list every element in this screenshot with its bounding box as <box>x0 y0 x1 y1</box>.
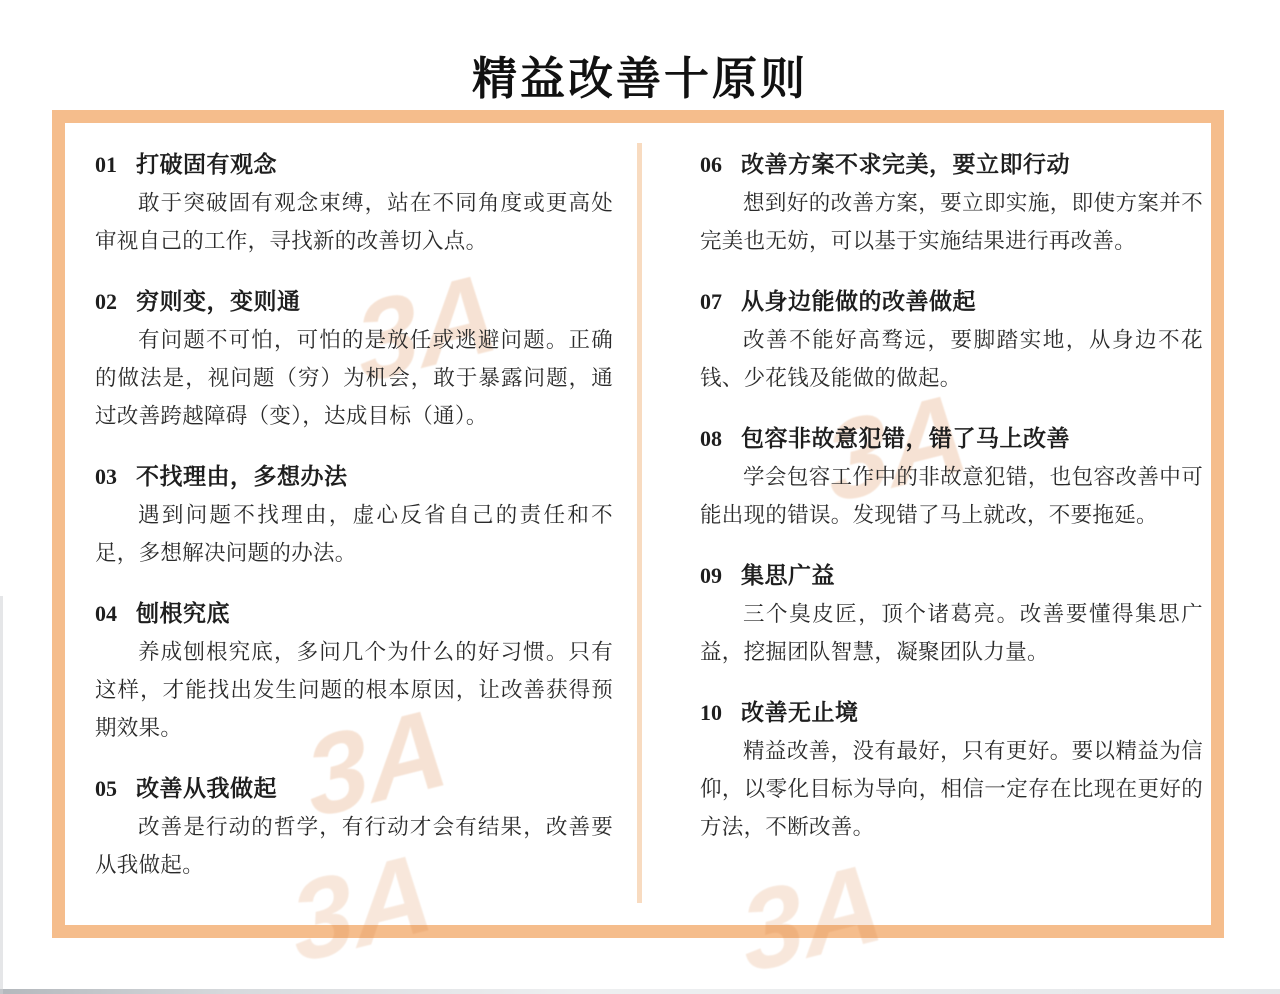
principle-number: 08 <box>700 420 722 458</box>
principle-05: 05 改善从我做起 改善是行动的哲学，有行动才会有结果，改善要从我做起。 <box>95 769 613 884</box>
principle-number: 03 <box>95 458 117 496</box>
principle-number: 09 <box>700 557 722 595</box>
principle-heading: 03 不找理由，多想办法 <box>95 457 613 496</box>
principle-07: 07 从身边能做的改善做起 改善不能好高骛远，要脚踏实地，从身边不花钱、少花钱及… <box>700 282 1203 397</box>
principle-title: 从身边能做的改善做起 <box>741 282 976 320</box>
content-frame: 3A 3A 3A 3A 3A 01 打破固有观念 敢于突破固有观念束缚，站在不同… <box>52 110 1224 938</box>
principle-number: 05 <box>95 770 117 808</box>
principle-title: 改善无止境 <box>741 693 859 731</box>
principle-body: 有问题不可怕，可怕的是放任或逃避问题。正确的做法是，视问题（穷）为机会，敢于暴露… <box>95 321 613 435</box>
principle-title: 不找理由，多想办法 <box>136 457 348 495</box>
principle-02: 02 穷则变，变则通 有问题不可怕，可怕的是放任或逃避问题。正确的做法是，视问题… <box>95 282 613 435</box>
principle-01: 01 打破固有观念 敢于突破固有观念束缚，站在不同角度或更高处审视自己的工作，寻… <box>95 145 613 260</box>
principle-title: 穷则变，变则通 <box>136 282 301 320</box>
principle-body: 养成刨根究底，多问几个为什么的好习惯。只有这样，才能找出发生问题的根本原因，让改… <box>95 633 613 747</box>
principle-number: 07 <box>700 283 722 321</box>
principle-09: 09 集思广益 三个臭皮匠，顶个诸葛亮。改善要懂得集思广益，挖掘团队智慧，凝聚团… <box>700 556 1203 671</box>
principle-title: 包容非故意犯错，错了马上改善 <box>741 419 1070 457</box>
photo-edge-shadow <box>0 989 1280 994</box>
principle-body: 三个臭皮匠，顶个诸葛亮。改善要懂得集思广益，挖掘团队智慧，凝聚团队力量。 <box>700 595 1203 671</box>
principle-title: 集思广益 <box>741 556 835 594</box>
principle-title: 改善方案不求完美，要立即行动 <box>741 145 1070 183</box>
left-column: 01 打破固有观念 敢于突破固有观念束缚，站在不同角度或更高处审视自己的工作，寻… <box>65 123 637 925</box>
principle-heading: 04 刨根究底 <box>95 594 613 633</box>
principle-body: 改善是行动的哲学，有行动才会有结果，改善要从我做起。 <box>95 808 613 884</box>
two-column-layout: 01 打破固有观念 敢于突破固有观念束缚，站在不同角度或更高处审视自己的工作，寻… <box>65 123 1211 925</box>
principle-body: 敢于突破固有观念束缚，站在不同角度或更高处审视自己的工作，寻找新的改善切入点。 <box>95 184 613 260</box>
principle-number: 10 <box>700 694 722 732</box>
right-column: 06 改善方案不求完美，要立即行动 想到好的改善方案，要立即实施，即使方案并不完… <box>642 123 1211 925</box>
principle-06: 06 改善方案不求完美，要立即行动 想到好的改善方案，要立即实施，即使方案并不完… <box>700 145 1203 260</box>
principle-body: 精益改善，没有最好，只有更好。要以精益为信仰，以零化目标为导向，相信一定存在比现… <box>700 732 1203 846</box>
principle-body: 想到好的改善方案，要立即实施，即使方案并不完美也无妨，可以基于实施结果进行再改善… <box>700 184 1203 260</box>
principle-number: 04 <box>95 595 117 633</box>
principle-title: 刨根究底 <box>136 594 230 632</box>
principle-body: 改善不能好高骛远，要脚踏实地，从身边不花钱、少花钱及能做的做起。 <box>700 321 1203 397</box>
principle-number: 06 <box>700 146 722 184</box>
photo-edge-shadow-left <box>0 596 3 994</box>
document-page: 精益改善十原则 3A 3A 3A 3A 3A 01 打破固有观念 敢于突破固有观… <box>0 0 1280 994</box>
principle-body: 遇到问题不找理由，虚心反省自己的责任和不足，多想解决问题的办法。 <box>95 496 613 572</box>
principle-heading: 02 穷则变，变则通 <box>95 282 613 321</box>
principle-heading: 08 包容非故意犯错，错了马上改善 <box>700 419 1203 458</box>
principle-title: 打破固有观念 <box>136 145 277 183</box>
principle-heading: 05 改善从我做起 <box>95 769 613 808</box>
principle-number: 02 <box>95 283 117 321</box>
principle-08: 08 包容非故意犯错，错了马上改善 学会包容工作中的非故意犯错，也包容改善中可能… <box>700 419 1203 534</box>
principle-04: 04 刨根究底 养成刨根究底，多问几个为什么的好习惯。只有这样，才能找出发生问题… <box>95 594 613 747</box>
principle-heading: 07 从身边能做的改善做起 <box>700 282 1203 321</box>
principle-heading: 06 改善方案不求完美，要立即行动 <box>700 145 1203 184</box>
principle-title: 改善从我做起 <box>136 769 277 807</box>
principle-10: 10 改善无止境 精益改善，没有最好，只有更好。要以精益为信仰，以零化目标为导向… <box>700 693 1203 846</box>
principle-body: 学会包容工作中的非故意犯错，也包容改善中可能出现的错误。发现错了马上就改，不要拖… <box>700 458 1203 534</box>
principle-03: 03 不找理由，多想办法 遇到问题不找理由，虚心反省自己的责任和不足，多想解决问… <box>95 457 613 572</box>
page-title: 精益改善十原则 <box>0 42 1280 107</box>
principle-heading: 09 集思广益 <box>700 556 1203 595</box>
principle-heading: 01 打破固有观念 <box>95 145 613 184</box>
principle-heading: 10 改善无止境 <box>700 693 1203 732</box>
principle-number: 01 <box>95 146 117 184</box>
